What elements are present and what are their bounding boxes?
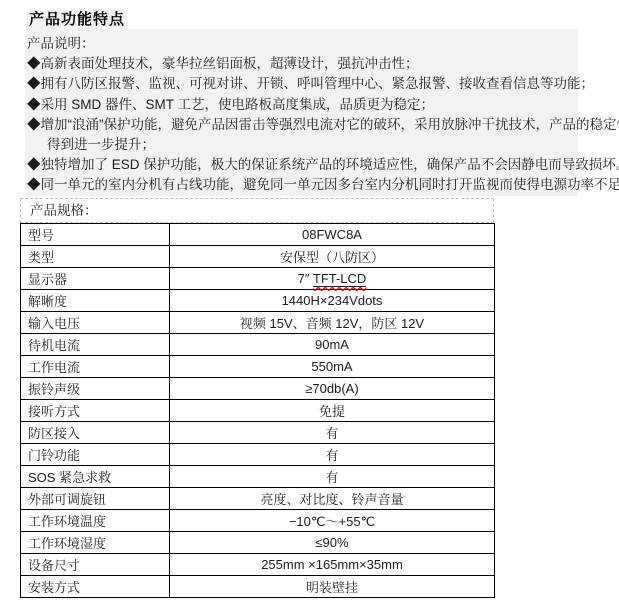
table-row-model: 型号 08FWC8A <box>21 224 495 246</box>
spec-value-text: 有 <box>325 426 338 441</box>
spec-label: 类型 <box>21 246 170 268</box>
table-row-ring-level: 振铃声级 ≥70db(A) <box>21 378 495 400</box>
table-row-working-current: 工作电流 550mA <box>21 356 495 378</box>
spec-label: 接听方式 <box>21 400 170 422</box>
spec-section-heading-text: 产品规格： <box>30 203 98 218</box>
spec-value: 7″ TFT-LCD <box>170 268 495 290</box>
spec-value: 08FWC8A <box>170 224 495 246</box>
feature-bullet-4: ◆增加“浪涌”保护功能，避免产品因雷击等强烈电流对它的破环，采用放脉冲干扰技术，… <box>27 115 578 135</box>
spec-label-text: 外部可调旋钮 <box>28 492 106 507</box>
table-row-type: 类型 安保型（八防区） <box>21 246 495 268</box>
spec-label: 工作电流 <box>21 356 170 378</box>
spec-value: 550mA <box>170 356 495 378</box>
spec-value: 有 <box>170 422 495 444</box>
spec-value-text: 视频 15V、音频 12V，防区 12V <box>240 316 424 331</box>
spec-label-text: 门铃功能 <box>28 448 80 463</box>
spec-label-text: 工作电流 <box>28 360 80 375</box>
spec-label: 输入电压 <box>21 312 170 334</box>
spec-label: 待机电流 <box>21 334 170 356</box>
spec-value-text: 免提 <box>319 404 345 419</box>
spec-value: ≤90% <box>170 532 495 554</box>
spec-value-text: 550mA <box>311 359 352 374</box>
table-row-resolution: 解晰度 1440H×234Vdots <box>21 290 495 312</box>
spec-label-text: 防区接入 <box>28 426 80 441</box>
spec-label-text: 待机电流 <box>28 338 80 353</box>
spec-value-text: 08FWC8A <box>302 227 362 242</box>
spec-value-text: 亮度、对比度、铃声音量 <box>260 492 403 507</box>
spec-value-text: 有 <box>325 448 338 463</box>
spec-value: 有 <box>170 466 495 488</box>
spec-value: 视频 15V、音频 12V，防区 12V <box>170 312 495 334</box>
feature-bullet-2: ◆拥有八防区报警、监视、可视对讲、开锁、呼叫管理中心、紧急报警、接收查看信息等功… <box>27 74 578 94</box>
spec-label: 工作环境温度 <box>21 510 170 532</box>
table-row-zone-access: 防区接入 有 <box>21 422 495 444</box>
spec-label: 工作环境湿度 <box>21 532 170 554</box>
spec-value: 免提 <box>170 400 495 422</box>
table-row-work-humidity: 工作环境湿度 ≤90% <box>21 532 495 554</box>
spec-label-text: 振铃声级 <box>28 382 80 397</box>
feature-bullet-6: ◆同一单元的室内分机有占线功能，避免同一单元因多台室内分机同时打开监视而使得电源… <box>27 175 578 195</box>
table-row-standby-current: 待机电流 90mA <box>21 334 495 356</box>
spec-label-text: 显示器 <box>28 272 67 287</box>
spec-label: 型号 <box>21 224 170 246</box>
spec-value: 安保型（八防区） <box>170 246 495 268</box>
feature-bullet-3: ◆采用 SMD 器件、SMT 工艺，使电路板高度集成，品质更为稳定； <box>27 95 578 115</box>
table-row-display: 显示器 7″ TFT-LCD <box>21 268 495 290</box>
table-row-answer-mode: 接听方式 免提 <box>21 400 495 422</box>
page-title: 产品功能特点 <box>26 8 128 29</box>
spec-value: ≥70db(A) <box>170 378 495 400</box>
table-row-input-voltage: 输入电压 视频 15V、音频 12V，防区 12V <box>21 312 495 334</box>
spec-label: 安装方式 <box>21 576 170 598</box>
spec-value-text: 明装壁挂 <box>306 580 358 595</box>
spec-label-text: SOS 紧急求救 <box>28 470 111 485</box>
spec-label-text: 类型 <box>28 250 54 265</box>
table-row-device-size: 设备尺寸 255mm ×165mm×35mm <box>21 554 495 576</box>
spec-value-text: −10℃～+55℃ <box>289 514 375 529</box>
page-title-text: 产品功能特点 <box>26 10 128 29</box>
spec-label: 外部可调旋钮 <box>21 488 170 510</box>
table-row-doorbell: 门铃功能 有 <box>21 444 495 466</box>
spec-label-text: 型号 <box>28 228 54 243</box>
table-row-adjust-knobs: 外部可调旋钮 亮度、对比度、铃声音量 <box>21 488 495 510</box>
spec-value-text: ≥70db(A) <box>305 381 358 396</box>
table-row-sos: SOS 紧急求救 有 <box>21 466 495 488</box>
spec-label-text: 设备尺寸 <box>28 558 80 573</box>
spec-label-text: 工作环境湿度 <box>28 536 106 551</box>
spec-label: 解晰度 <box>21 290 170 312</box>
table-row-install-mode: 安装方式 明装壁挂 <box>21 576 495 598</box>
spec-value-text: 有 <box>325 470 338 485</box>
spec-value-text: ≤90% <box>315 535 348 550</box>
spec-label: 设备尺寸 <box>21 554 170 576</box>
feature-bullet-1: ◆高新表面处理技术，豪华拉丝铝面板，超薄设计，强抗冲击性； <box>27 54 578 74</box>
table-row-work-temperature: 工作环境温度 −10℃～+55℃ <box>21 510 495 532</box>
spec-label-text: 解晰度 <box>28 294 67 309</box>
spec-label: 显示器 <box>21 268 170 290</box>
spec-section-heading: 产品规格： <box>20 198 494 223</box>
spec-value: 255mm ×165mm×35mm <box>170 554 495 576</box>
spec-value-text: 安保型（八防区） <box>280 250 384 265</box>
description-heading: 产品说明： <box>27 34 578 54</box>
spec-value-text: 90mA <box>315 337 349 352</box>
spec-label: 门铃功能 <box>21 444 170 466</box>
spec-value-text: 1440H×234Vdots <box>282 293 383 308</box>
spec-value: 明装壁挂 <box>170 576 495 598</box>
spec-label-text: 输入电压 <box>28 316 80 331</box>
description-panel: 产品说明： ◆高新表面处理技术，豪华拉丝铝面板，超薄设计，强抗冲击性； ◆拥有八… <box>25 29 578 196</box>
spec-label-text: 接听方式 <box>28 404 80 419</box>
spec-label: 振铃声级 <box>21 378 170 400</box>
display-size-text: 7″ <box>298 271 313 286</box>
spec-label-text: 安装方式 <box>28 580 80 595</box>
spec-table-body: 型号 08FWC8A 类型 安保型（八防区） 显示器 7″ TFT-LCD 解晰… <box>21 224 495 598</box>
display-type-underlined-text: TFT-LCD <box>313 271 366 287</box>
spec-label-text: 工作环境温度 <box>28 514 106 529</box>
spec-value-text: 255mm ×165mm×35mm <box>261 557 403 572</box>
spec-value: 1440H×234Vdots <box>170 290 495 312</box>
spec-value: 有 <box>170 444 495 466</box>
spec-value: −10℃～+55℃ <box>170 510 495 532</box>
spec-label: 防区接入 <box>21 422 170 444</box>
feature-bullet-4-continued: 得到进一步提升； <box>27 135 578 155</box>
feature-bullet-5: ◆独特增加了 ESD 保护功能，极大的保证系统产品的环境适应性，确保产品不会因静… <box>27 155 578 175</box>
spec-label: SOS 紧急求救 <box>21 466 170 488</box>
spec-table: 型号 08FWC8A 类型 安保型（八防区） 显示器 7″ TFT-LCD 解晰… <box>20 223 495 598</box>
spec-value: 90mA <box>170 334 495 356</box>
spec-value: 亮度、对比度、铃声音量 <box>170 488 495 510</box>
